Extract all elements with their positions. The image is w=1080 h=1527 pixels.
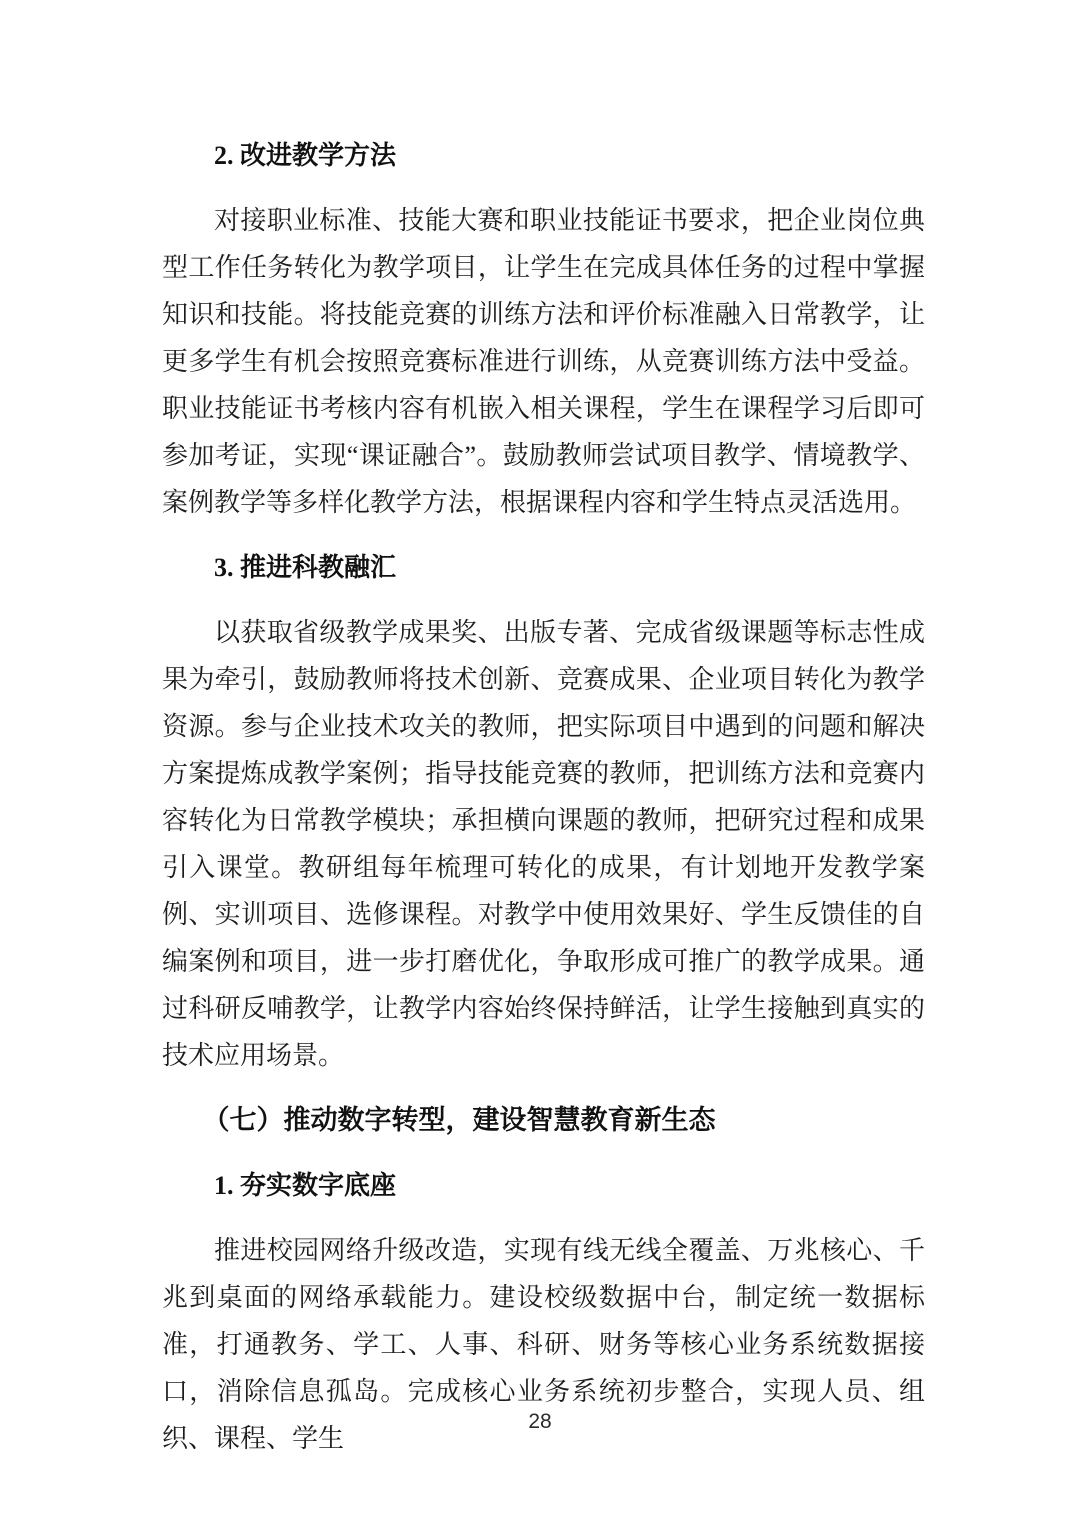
section-heading-digital-transformation: （七）推动数字转型，建设智慧教育新生态 [162, 1097, 925, 1144]
document-page: 2. 改进教学方法 对接职业标准、技能大赛和职业技能证书要求，把企业岗位典型工作… [0, 0, 1080, 1527]
paragraph-improve-teaching-methods: 对接职业标准、技能大赛和职业技能证书要求，把企业岗位典型工作任务转化为教学项目，… [162, 197, 925, 526]
section-heading-digital-foundation: 1. 夯实数字底座 [162, 1162, 925, 1209]
paragraph-science-education-integration: 以获取省级教学成果奖、出版专著、完成省级课题等标志性成果为牵引，鼓励教师将技术创… [162, 609, 925, 1079]
section-heading-science-education-integration: 3. 推进科教融汇 [162, 544, 925, 591]
page-content: 2. 改进教学方法 对接职业标准、技能大赛和职业技能证书要求，把企业岗位典型工作… [162, 132, 925, 1480]
section-heading-improve-teaching-methods: 2. 改进教学方法 [162, 132, 925, 179]
page-number: 28 [0, 1410, 1080, 1434]
